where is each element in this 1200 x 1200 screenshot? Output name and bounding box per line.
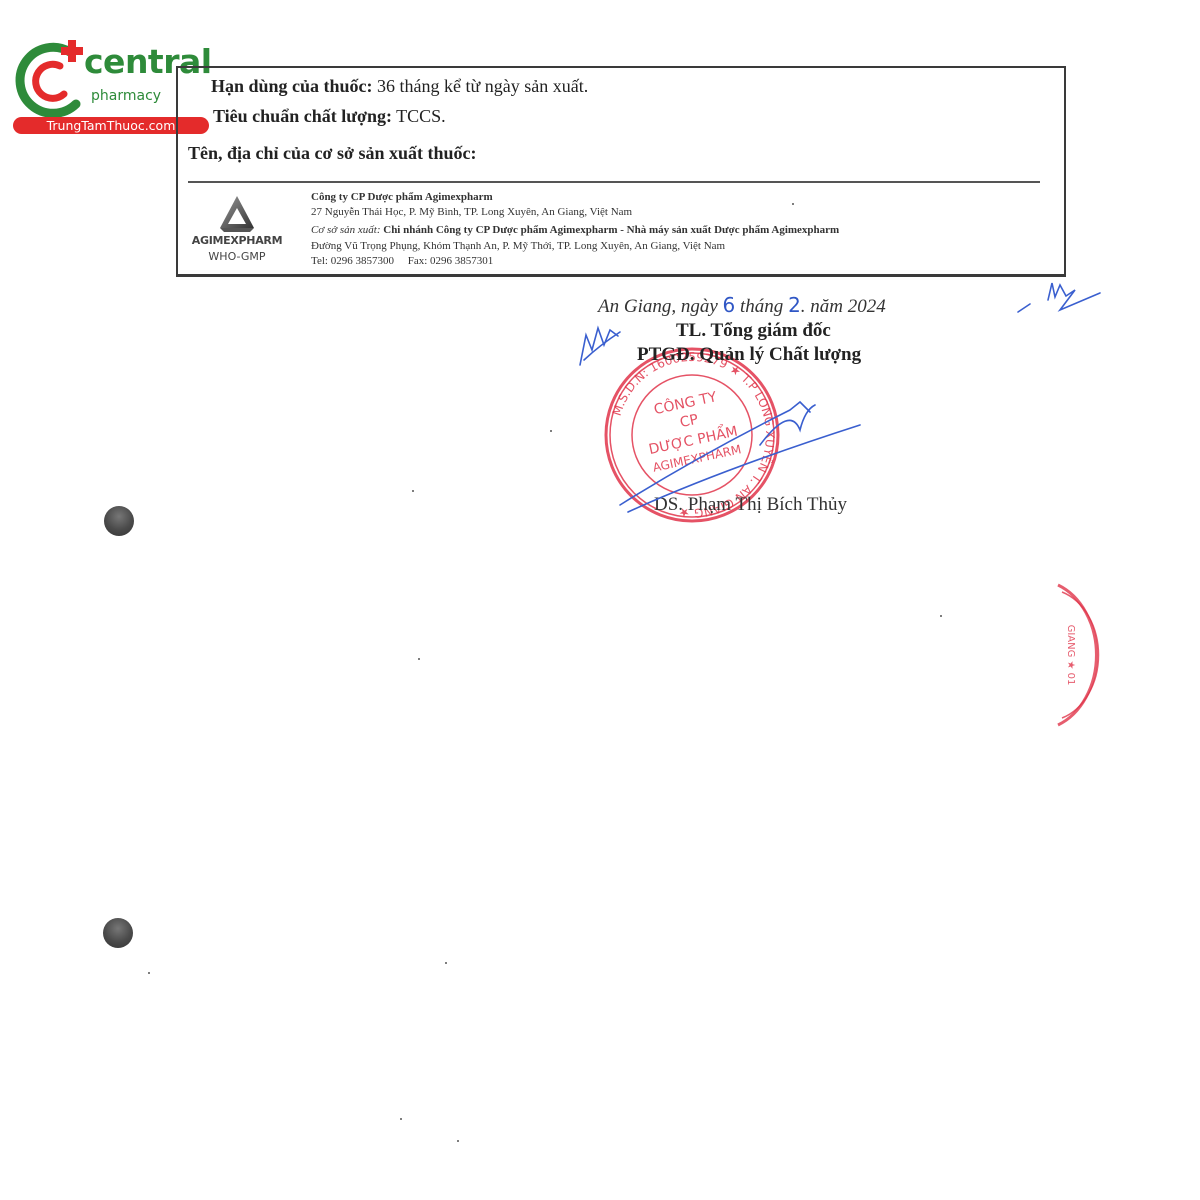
shelf-life-line: Hạn dùng của thuốc: 36 tháng kể từ ngày … bbox=[211, 76, 588, 97]
manufacturer-heading: Tên, địa chỉ của cơ sở sản xuất thuốc: bbox=[188, 143, 476, 164]
scan-speck bbox=[400, 1118, 402, 1120]
site-label: Cơ sở sản xuất: bbox=[311, 224, 381, 236]
scan-speck bbox=[445, 962, 447, 964]
signer-title-1: TL. Tổng giám đốc bbox=[676, 320, 831, 342]
date-line: An Giang, ngày 6 tháng 2. năm 2024 bbox=[598, 293, 886, 318]
svg-text:GIANG ★ 01: GIANG ★ 01 bbox=[1065, 625, 1076, 686]
signer-title-2: PTGĐ. Quản lý Chất lượng bbox=[637, 344, 861, 366]
partial-stamp-icon: GIANG ★ 01 bbox=[1040, 580, 1100, 730]
scan-speck bbox=[148, 972, 150, 974]
punch-hole-bottom bbox=[103, 918, 133, 948]
contact-line: Tel: 0296 3857300 Fax: 0296 3857301 bbox=[311, 255, 493, 268]
site-address: Đường Vũ Trọng Phụng, Khóm Thạnh An, P. … bbox=[311, 240, 725, 253]
signer-name: DS. Phạm Thị Bích Thủy bbox=[654, 494, 847, 516]
handwritten-month: 2 bbox=[788, 293, 801, 317]
quality-line: Tiêu chuẩn chất lượng: TCCS. bbox=[213, 106, 446, 127]
handwritten-day: 6 bbox=[723, 293, 736, 317]
site-name: Chi nhánh Công ty CP Dược phẩm Agimexpha… bbox=[381, 224, 840, 236]
scan-speck bbox=[412, 490, 414, 492]
punch-hole-top bbox=[104, 506, 134, 536]
watermark-sub: pharmacy bbox=[91, 88, 161, 104]
company-address: 27 Nguyễn Thái Học, P. Mỹ Bình, TP. Long… bbox=[311, 206, 632, 219]
shelf-life-label: Hạn dùng của thuốc: bbox=[211, 76, 373, 96]
quality-label: Tiêu chuẩn chất lượng: bbox=[213, 106, 392, 126]
divider bbox=[188, 181, 1040, 183]
scan-speck bbox=[457, 1140, 459, 1142]
agimexpharm-logo-name: AGIMEXPHARM bbox=[184, 234, 290, 247]
fax: Fax: 0296 3857301 bbox=[408, 255, 494, 267]
shelf-life-value: 36 tháng kể từ ngày sản xuất. bbox=[373, 76, 589, 96]
tel: Tel: 0296 3857300 bbox=[311, 255, 394, 267]
scan-speck bbox=[550, 430, 552, 432]
scan-speck bbox=[792, 203, 794, 205]
scan-speck bbox=[418, 658, 420, 660]
who-gmp-label: WHO-GMP bbox=[184, 250, 290, 263]
svg-text:CP: CP bbox=[679, 412, 700, 431]
scan-speck bbox=[940, 615, 942, 617]
quality-value: TCCS. bbox=[392, 106, 446, 126]
company-name: Công ty CP Dược phẩm Agimexpharm bbox=[311, 191, 493, 204]
production-site: Cơ sở sản xuất: Chi nhánh Công ty CP Dượ… bbox=[311, 224, 839, 237]
